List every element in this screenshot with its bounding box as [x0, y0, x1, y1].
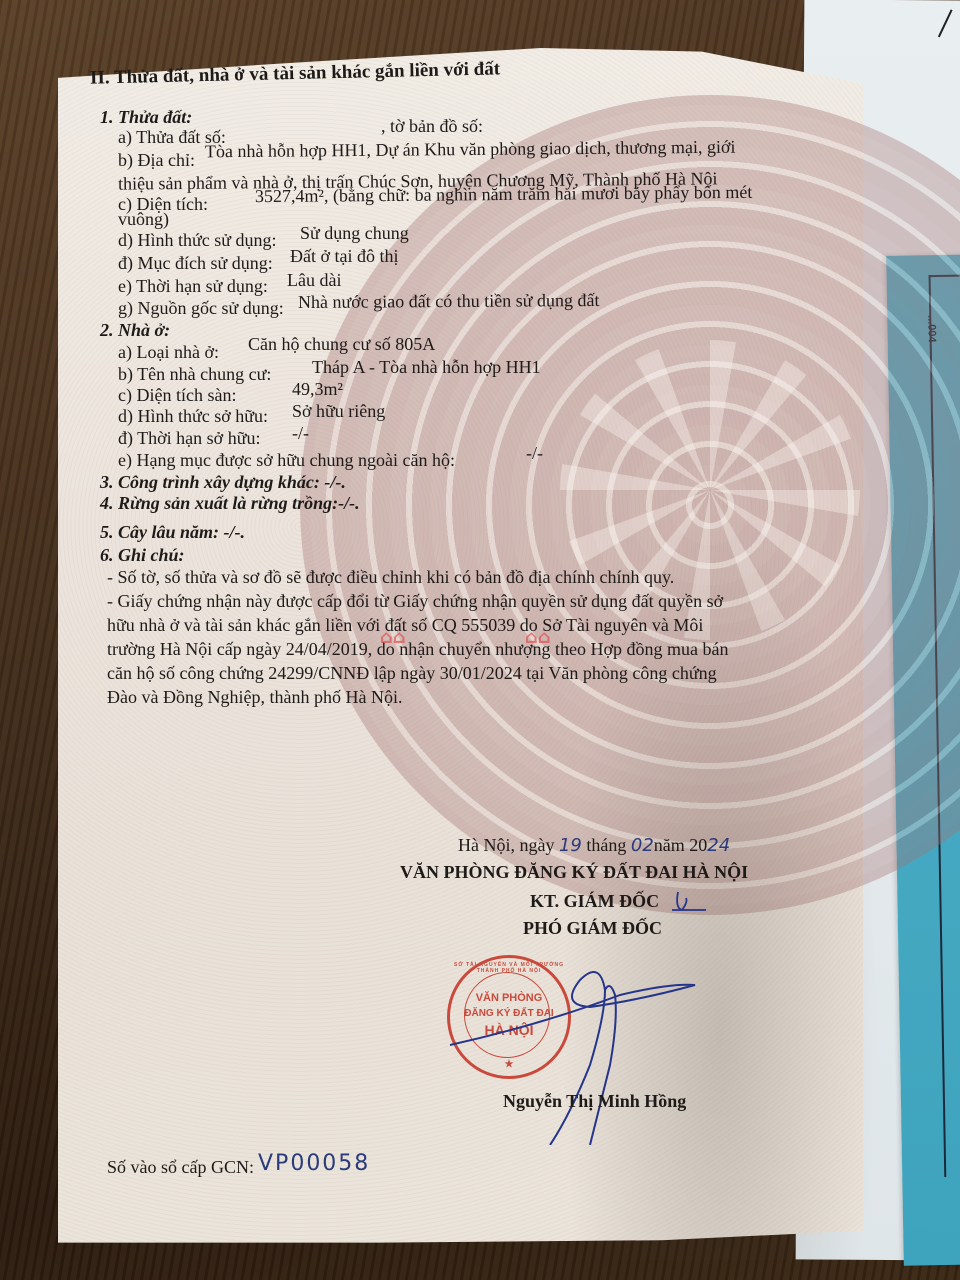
- registry-number: VP00058: [258, 1153, 370, 1175]
- signature-icon: [440, 945, 740, 1145]
- other-works: 3. Công trình xây dựng khác: -/-.: [100, 473, 346, 491]
- pen-mark: [938, 9, 953, 37]
- notes-heading: 6. Ghi chú:: [100, 546, 185, 564]
- date-year: 24: [707, 835, 730, 856]
- initials-icon: [670, 888, 710, 918]
- address-line-1: Tòa nhà hỗn hợp HH1, Dự án Khu văn phòng…: [205, 138, 736, 161]
- date-line: Hà Nội, ngày 19 tháng 02năm 2024: [458, 836, 730, 855]
- building-label: b) Tên nhà chung cư:: [118, 365, 271, 383]
- note-line-6: Đào và Đồng Nghiệp, thành phố Hà Nội.: [107, 688, 402, 706]
- registry-label: Số vào sổ cấp GCN:: [107, 1158, 254, 1176]
- address-label: b) Địa chỉ:: [118, 151, 195, 169]
- house-heading: 2. Nhà ở:: [100, 321, 170, 339]
- floor-area-value: 49,3m²: [292, 380, 343, 398]
- common-items-value: -/-: [526, 444, 543, 462]
- common-items-label: e) Hạng mục được sở hữu chung ngoài căn …: [118, 451, 455, 469]
- origin-value: Nhà nước giao đất có thu tiền sử dụng đấ…: [298, 291, 600, 311]
- ownership-term-label: đ) Thời hạn sở hữu:: [118, 429, 260, 447]
- house-type-label: a) Loại nhà ở:: [118, 343, 219, 361]
- area-value: 3527,4m², (bằng chữ: ba nghìn năm trăm h…: [255, 183, 752, 205]
- signer-title: PHÓ GIÁM ĐỐC: [523, 919, 662, 937]
- use-form-value: Sử dụng chung: [300, 224, 409, 242]
- note-line-1: - Số tờ, số thửa và sơ đồ sẽ được điều c…: [107, 568, 674, 586]
- ownership-term-value: -/-: [292, 424, 309, 442]
- note-line-4: trường Hà Nội cấp ngày 24/04/2019, do nh…: [107, 640, 728, 658]
- purpose-value: Đất ở tại đô thị: [290, 247, 399, 265]
- on-behalf-of: KT. GIÁM ĐỐC: [530, 892, 659, 910]
- roof-watermark-icon: ⌂⌂: [525, 627, 551, 648]
- origin-label: g) Nguồn gốc sử dụng:: [118, 299, 284, 317]
- area-value-cont: vuông): [118, 210, 169, 228]
- month-label: tháng: [586, 835, 626, 855]
- ownership-value: Sở hữu riêng: [292, 402, 385, 420]
- year-label: năm 20: [654, 835, 708, 855]
- forest: 4. Rừng sản xuất là rừng trồng:-/-.: [100, 494, 360, 512]
- purpose-label: đ) Mục đích sử dụng:: [118, 254, 273, 272]
- roof-watermark-icon: ⌂⌂: [380, 627, 406, 648]
- map-sheet-label: , tờ bản đồ số:: [381, 117, 483, 135]
- signer-name: Nguyễn Thị Minh Hồng: [503, 1092, 686, 1110]
- perennial-trees: 5. Cây lâu năm: -/-.: [100, 523, 245, 541]
- note-line-2: - Giấy chứng nhận này được cấp đổi từ Gi…: [107, 592, 723, 610]
- building-value: Tháp A - Tòa nhà hỗn hợp HH1: [312, 358, 541, 376]
- date-day: 19: [559, 835, 582, 856]
- use-form-label: d) Hình thức sử dụng:: [118, 231, 277, 249]
- term-value: Lâu dài: [287, 271, 341, 289]
- issuing-office: VĂN PHÒNG ĐĂNG KÝ ĐẤT ĐAI HÀ NỘI: [400, 863, 748, 881]
- date-prefix: Hà Nội, ngày: [458, 835, 554, 855]
- land-heading: 1. Thửa đất:: [100, 108, 192, 126]
- ownership-label: d) Hình thức sở hữu:: [118, 407, 268, 425]
- floor-area-label: c) Diện tích sàn:: [118, 386, 236, 404]
- house-type-value: Căn hộ chung cư số 805A: [248, 335, 435, 353]
- note-line-5: căn hộ số công chứng 24299/CNNĐ lập ngày…: [107, 664, 717, 682]
- date-month: 02: [631, 835, 654, 856]
- term-label: e) Thời hạn sử dụng:: [118, 277, 268, 295]
